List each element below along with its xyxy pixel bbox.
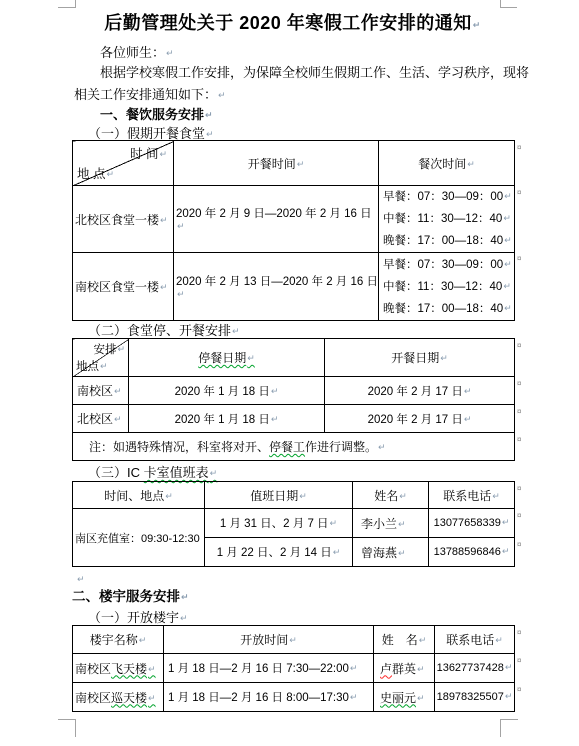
crop-mark-top-left [75,0,76,8]
cell-duty-date: 1 月 22 日、2 月 14 日 [205,538,353,567]
table-note-row: 注：如遇特殊情况，科室将对开、停餐工作进行调整。 [73,433,515,461]
table-row: 南校区飞天楼 1 月 18 日—2 月 16 日 7:30—22:00 卢群英 … [73,654,515,683]
cell-stop-date-text: 2020 年 1 月 18 日 [175,386,279,398]
crop-mark-bottom-right [500,719,518,720]
cell-phone: 13077658339 [429,509,515,538]
cell-stop-date: 2020 年 1 月 18 日 [129,377,325,405]
table-row: 南区充值室：09:30-12:30 1 月 31 日、2 月 7 日 李小兰 1… [73,509,515,538]
meal-lunch: 中餐：11：30—12：40 [383,281,511,293]
cell-open-time-text: 1 月 18 日—2 月 16 日 7:30—22:00 [168,663,357,675]
cell-building-wavy: 飞天楼 [111,662,156,676]
cell-name-wavy: 卢 [380,662,392,676]
intro-line-2-text: 相关工作安排通知如下： [74,87,226,102]
section-2-1-heading-text: （一）开放楼宇 [88,610,188,625]
table-row: 南校区巡天楼 1 月 18 日—2 月 16 日 8:00—17:30 史丽元 … [73,683,515,712]
header-building-name: 楼宇名称 [73,626,164,654]
section-1-heading-text: 一、餐饮服务安排 [100,107,213,122]
document-page: 后勤管理处关于 2020 年寒假工作安排的通知 各位师生： 根据学校寒假工作安排… [0,0,579,746]
diagonal-header-cell: 时 间 地 点 [73,141,174,186]
header-phone-text: 联系电话 [446,633,503,647]
cell-phone: 18978325507 [435,683,515,712]
section-1-3-heading-prefix: （三）IC [88,465,144,480]
header-open-time: 开放时间 [164,626,374,654]
cell-place-text: 南校区食堂一楼 [75,280,168,294]
diagonal-label-arrangement: 安排 [93,341,125,357]
header-open-time: 开餐时间 [174,141,379,186]
header-open-time-text: 开餐时间 [248,157,305,171]
header-time-place-text: 时间、地点 [104,489,173,503]
holiday-dining-table: 时 间 地 点 开餐时间 餐次时间 北校区食堂一楼 2020 年 2 月 9 日… [72,140,515,321]
section-1-heading: 一、餐饮服务安排 [100,106,213,124]
cell-campus: 北校区 [73,405,129,433]
header-name: 姓名 [353,482,429,509]
diagonal-label-place: 地 点 [77,164,114,182]
cell-campus: 南校区 [73,377,129,405]
cell-stop-date-text: 2020 年 1 月 18 日 [175,414,279,426]
header-open-time-text: 开放时间 [240,633,297,647]
note-cell: 注：如遇特殊情况，科室将对开、停餐工作进行调整。 [73,433,515,461]
row-end-mark-icon [517,541,521,549]
cell-phone: 13788596846 [429,538,515,567]
intro-line-2: 相关工作安排通知如下： [74,86,226,104]
cell-name-rest: 群英 [392,662,425,676]
header-time-place: 时间、地点 [73,482,205,509]
row-end-mark-icon [517,189,521,197]
cell-name-text: 曾海燕 [361,546,406,560]
cell-dates: 2020 年 2 月 9 日—2020 年 2 月 16 日 [174,186,379,253]
crop-mark-bottom-left [75,719,76,737]
cell-recharge-room-text: 南区充值室：09:30-12:30 [75,533,200,545]
empty-paragraph-mark [76,570,85,588]
header-meal-time: 餐次时间 [379,141,515,186]
row-end-mark-icon [517,629,521,637]
row-end-mark-icon [517,686,521,694]
diagonal-label-place: 地点 [76,358,108,374]
intro-line-1-text: 根据学校寒假工作安排，为保障全校师生假期工作、生活、学习秩序，现将 [100,65,529,80]
crop-mark-top-right [500,7,517,8]
salutation: 各位师生： [100,44,174,62]
cell-duty-date: 1 月 31 日、2 月 7 日 [205,509,353,538]
cell-dates-text: 2020 年 2 月 9 日—2020 年 2 月 16 日 [176,208,372,233]
header-name-text: 姓名 [374,489,407,503]
header-name: 姓 名 [374,626,435,654]
meal-breakfast: 早餐：07：30—09：00 [383,259,512,271]
header-stop-date-text: 停餐日期 [198,351,255,365]
crop-mark-bottom-left [58,719,76,720]
ic-card-duty-table: 时间、地点 值班日期 姓名 联系电话 南区充值室：09:30-12:30 1 月… [72,481,515,567]
section-1-3-heading: （三）IC 卡室值班表 [88,464,217,482]
cell-open-date: 2020 年 2 月 17 日 [325,377,515,405]
diagonal-label-time: 时 间 [130,144,167,162]
note-prefix: 注：如遇特殊情况，科室将对开、 [89,440,269,454]
meal-lunch: 中餐：11：30—12：40 [383,213,511,225]
header-open-date-text: 开餐日期 [391,351,448,365]
crop-mark-top-left [58,7,75,8]
cell-name: 曾海燕 [353,538,429,567]
diagonal-header-cell: 安排 地点 [73,339,129,377]
cell-building-prefix: 南校区 [75,691,111,705]
page-title-text: 后勤管理处关于 2020 年寒假工作安排的通知 [104,13,481,33]
header-stop-date: 停餐日期 [129,339,325,377]
header-name-text: 姓 名 [382,633,427,647]
table-row: 北校区 2020 年 1 月 18 日 2020 年 2 月 17 日 [73,405,515,433]
stop-resume-dining-table: 安排 地点 停餐日期 开餐日期 南校区 2020 年 1 月 18 日 2020… [72,338,515,461]
cell-phone-text: 13077658339 [434,517,510,529]
row-end-mark-icon [517,512,521,520]
meal-breakfast: 早餐：07：30—09：00 [383,191,512,203]
intro-line-1: 根据学校寒假工作安排，为保障全校师生假期工作、生活、学习秩序，现将 [100,64,529,82]
table-row: 北校区食堂一楼 2020 年 2 月 9 日—2020 年 2 月 16 日 早… [73,186,515,253]
table-row: 南校区 2020 年 1 月 18 日 2020 年 2 月 17 日 [73,377,515,405]
cell-place-text: 北校区食堂一楼 [75,213,168,227]
cell-open-time: 1 月 18 日—2 月 16 日 7:30—22:00 [164,654,374,683]
row-end-mark-icon [517,342,521,350]
cell-stop-date: 2020 年 1 月 18 日 [129,405,325,433]
section-1-2-heading-text: （二）食堂停、开餐安排 [88,323,240,338]
header-meal-time-text: 餐次时间 [418,157,475,171]
open-buildings-table: 楼宇名称 开放时间 姓 名 联系电话 南校区飞天楼 1 月 18 日—2 月 1… [72,625,515,712]
section-1-1-heading-text: （一）假期开餐食堂 [88,126,214,141]
section-2-heading-text: 二、楼宇服务安排 [72,589,189,604]
cell-recharge-room: 南区充值室：09:30-12:30 [73,509,205,567]
row-end-mark-icon [517,657,521,665]
cell-open-date-text: 2020 年 2 月 17 日 [368,414,472,426]
cell-phone-text: 13627737428 [437,662,513,674]
cell-open-date: 2020 年 2 月 17 日 [325,405,515,433]
cell-open-time: 1 月 18 日—2 月 16 日 8:00—17:30 [164,683,374,712]
table-row: 南校区食堂一楼 2020 年 2 月 13 日—2020 年 2 月 16 日 … [73,253,515,321]
header-duty-date-text: 值班日期 [250,489,307,503]
note-suffix: 作进行调整。 [305,440,386,454]
cell-building: 南校区巡天楼 [73,683,164,712]
cell-phone-text: 13788596846 [434,546,510,558]
section-2-heading: 二、楼宇服务安排 [72,588,189,606]
cell-building-prefix: 南校区 [75,662,111,676]
header-open-date: 开餐日期 [325,339,515,377]
meal-dinner: 晚餐：17：00—18：40 [383,235,512,247]
row-end-mark-icon [517,255,521,263]
header-phone: 联系电话 [435,626,515,654]
cell-name: 史丽元 [374,683,435,712]
cell-campus-text: 北校区 [77,412,122,426]
row-end-mark-icon [517,436,521,444]
row-end-mark-icon [517,485,521,493]
cell-duty-date-text: 1 月 31 日、2 月 7 日 [220,518,337,530]
cell-meals: 早餐：07：30—09：00 中餐：11：30—12：40 晚餐：17：00—1… [379,253,515,321]
cell-name-text: 李小兰 [361,517,406,531]
cell-phone-text: 18978325507 [437,691,513,703]
cell-place: 南校区食堂一楼 [73,253,174,321]
cell-name: 李小兰 [353,509,429,538]
cell-building-wavy: 巡天楼 [111,691,156,705]
cell-open-time-text: 1 月 18 日—2 月 16 日 8:00—17:30 [168,692,357,704]
crop-mark-top-right [500,0,501,8]
cell-place: 北校区食堂一楼 [73,186,174,253]
crop-mark-bottom-right [500,719,501,737]
header-building-name-text: 楼宇名称 [90,633,147,647]
cell-name-rest [416,691,425,705]
meal-dinner: 晚餐：17：00—18：40 [383,303,512,315]
note-wavy: 停餐工 [269,440,305,454]
cell-phone: 13627737428 [435,654,515,683]
row-end-mark-icon [517,408,521,416]
cell-campus-text: 南校区 [77,384,122,398]
cell-duty-date-text: 1 月 22 日、2 月 14 日 [217,547,341,559]
cell-name: 卢群英 [374,654,435,683]
cell-building: 南校区飞天楼 [73,654,164,683]
salutation-text: 各位师生： [100,45,174,60]
cell-meals: 早餐：07：30—09：00 中餐：11：30—12：40 晚餐：17：00—1… [379,186,515,253]
row-end-mark-icon [517,380,521,388]
header-phone: 联系电话 [429,482,515,509]
header-duty-date: 值班日期 [205,482,353,509]
section-1-3-heading-wavy: 卡室值班表 [144,465,218,480]
cell-dates-text: 2020 年 2 月 13 日—2020 年 2 月 16 日 [176,276,378,301]
cell-dates: 2020 年 2 月 13 日—2020 年 2 月 16 日 [174,253,379,321]
row-end-mark-icon [517,144,521,152]
page-title: 后勤管理处关于 2020 年寒假工作安排的通知 [72,14,513,34]
header-phone-text: 联系电话 [443,489,500,503]
cell-open-date-text: 2020 年 2 月 17 日 [368,386,472,398]
cell-name-wavy: 史丽元 [380,691,416,705]
